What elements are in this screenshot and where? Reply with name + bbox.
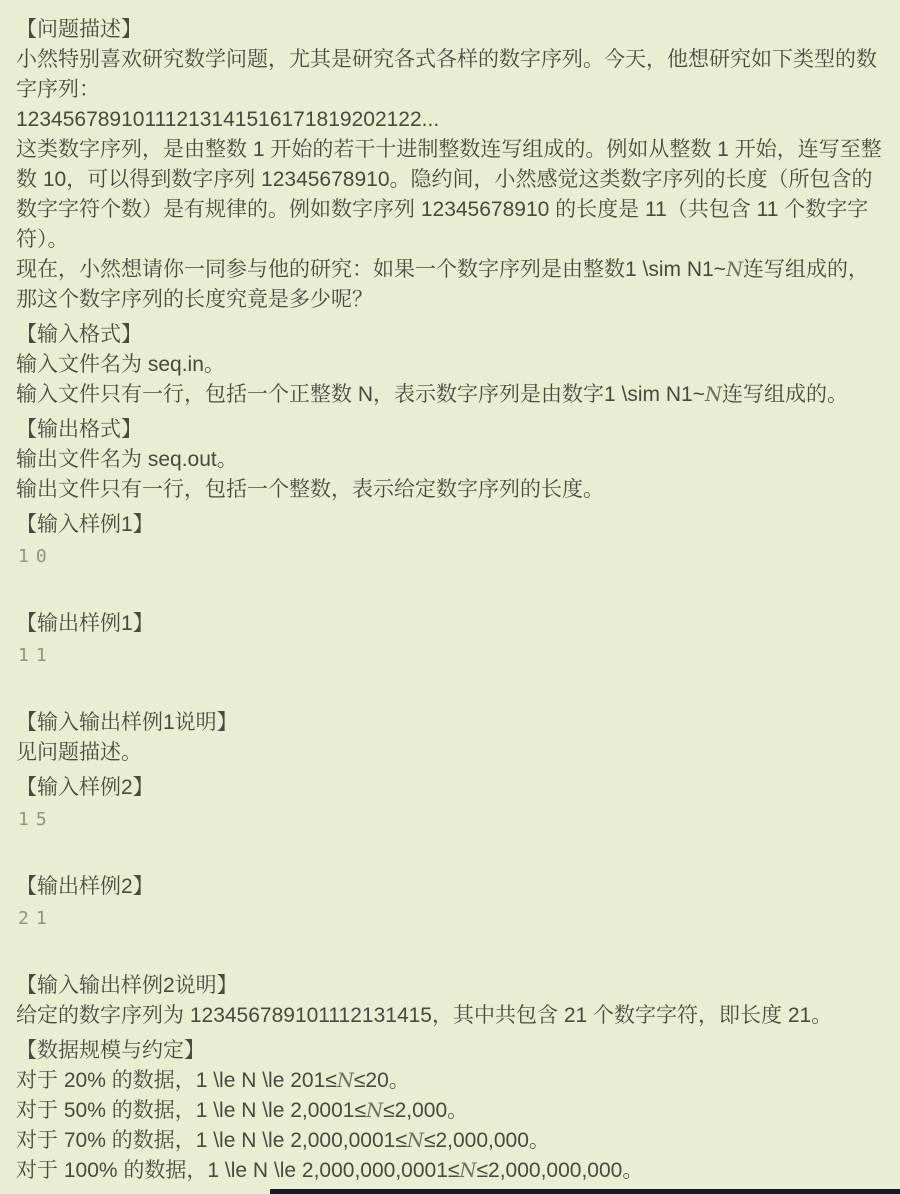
sample-output-1-value: 11 bbox=[18, 645, 884, 666]
heading-sample-2-note: 【输入输出样例2说明】 bbox=[16, 971, 884, 1001]
paragraph-sample-1-note: 见问题描述。 bbox=[16, 738, 884, 768]
paragraph-sample-2-note: 给定的数字序列为 123456789101112131415，其中共包含 21 … bbox=[16, 1001, 884, 1031]
heading-input-format: 【输入格式】 bbox=[16, 320, 884, 350]
heading-sample-1-note: 【输入输出样例1说明】 bbox=[16, 708, 884, 738]
text-run: ≤2,000,000,000。 bbox=[477, 1159, 644, 1182]
paragraph-description: 这类数字序列，是由整数 1 开始的若干十进制整数连写组成的。例如从整数 1 开始… bbox=[16, 135, 884, 255]
text-run: 对于 50% 的数据，1 \le N \le 2,0001≤ bbox=[16, 1099, 366, 1122]
constraint-line-100: 对于 100% 的数据，1 \le N \le 2,000,000,0001≤N… bbox=[16, 1156, 884, 1186]
math-variable-n: N bbox=[337, 1069, 354, 1092]
paragraph-input-description: 输入文件只有一行，包括一个正整数 N，表示数字序列是由数字1 \sim N1~N… bbox=[16, 380, 884, 410]
text-run: 对于 70% 的数据，1 \le N \le 2,000,0001≤ bbox=[16, 1129, 407, 1152]
sample-output-2-value: 21 bbox=[18, 908, 884, 929]
paragraph-research-question: 现在，小然想请你一同参与他的研究：如果一个数字序列是由整数1 \sim N1~N… bbox=[16, 255, 884, 315]
heading-output-format: 【输出格式】 bbox=[16, 415, 884, 445]
constraint-line-70: 对于 70% 的数据，1 \le N \le 2,000,0001≤N≤2,00… bbox=[16, 1126, 884, 1156]
math-variable-n: N bbox=[705, 383, 722, 406]
math-variable-n: N bbox=[459, 1159, 476, 1182]
heading-sample-output-2: 【输出样例2】 bbox=[16, 872, 884, 902]
text-run: ≤20。 bbox=[354, 1069, 410, 1092]
paragraph-intro: 小然特别喜欢研究数学问题，尤其是研究各式各样的数字序列。今天，他想研究如下类型的… bbox=[16, 45, 884, 105]
paragraph-sequence-example: 12345678910111213141516171819202122... bbox=[16, 105, 884, 135]
heading-problem-description: 【问题描述】 bbox=[16, 15, 884, 45]
constraint-line-20: 对于 20% 的数据，1 \le N \le 201≤N≤20。 bbox=[16, 1066, 884, 1096]
text-run: ≤2,000,000。 bbox=[424, 1129, 550, 1152]
heading-sample-input-2: 【输入样例2】 bbox=[16, 773, 884, 803]
math-variable-n: N bbox=[366, 1099, 383, 1122]
paragraph-input-filename: 输入文件名为 seq.in。 bbox=[16, 350, 884, 380]
math-variable-n: N bbox=[407, 1129, 424, 1152]
paragraph-output-filename: 输出文件名为 seq.out。 bbox=[16, 445, 884, 475]
problem-statement-page: 【问题描述】 小然特别喜欢研究数学问题，尤其是研究各式各样的数字序列。今天，他想… bbox=[0, 0, 900, 1186]
text-run: 连写组成的。 bbox=[722, 383, 848, 406]
text-run: 对于 100% 的数据，1 \le N \le 2,000,000,0001≤ bbox=[16, 1159, 459, 1182]
text-run: 输入文件只有一行，包括一个正整数 N，表示数字序列是由数字1 \sim N1~ bbox=[16, 383, 705, 406]
paragraph-output-description: 输出文件只有一行，包括一个整数，表示给定数字序列的长度。 bbox=[16, 475, 884, 505]
sample-input-1-value: 10 bbox=[18, 546, 884, 567]
heading-constraints: 【数据规模与约定】 bbox=[16, 1036, 884, 1066]
text-run: 对于 20% 的数据，1 \le N \le 201≤ bbox=[16, 1069, 337, 1092]
heading-sample-input-1: 【输入样例1】 bbox=[16, 510, 884, 540]
constraint-line-50: 对于 50% 的数据，1 \le N \le 2,0001≤N≤2,000。 bbox=[16, 1096, 884, 1126]
text-run: ≤2,000。 bbox=[383, 1099, 468, 1122]
math-variable-n: N bbox=[726, 258, 743, 281]
heading-sample-output-1: 【输出样例1】 bbox=[16, 609, 884, 639]
bottom-dark-strip bbox=[270, 1189, 900, 1194]
text-run: 现在，小然想请你一同参与他的研究：如果一个数字序列是由整数1 \sim N1~ bbox=[16, 258, 726, 281]
sample-input-2-value: 15 bbox=[18, 809, 884, 830]
